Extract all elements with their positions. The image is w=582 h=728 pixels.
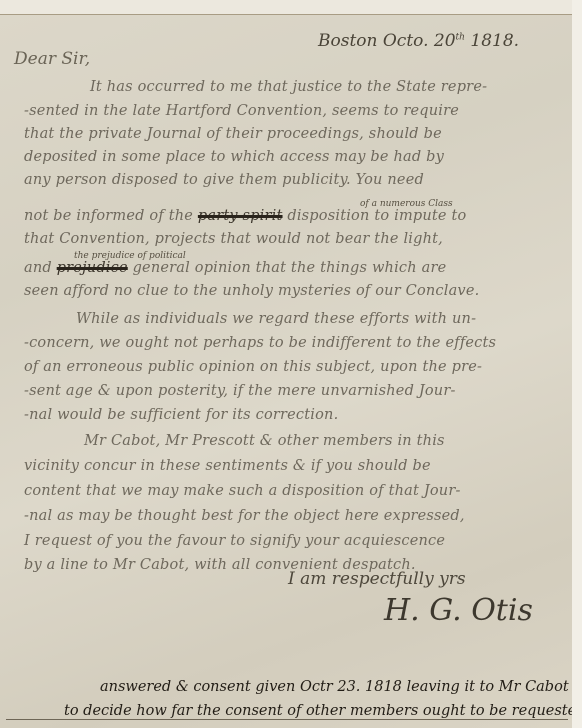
body-line: I request of you the favour to signify y… bbox=[24, 533, 445, 549]
body-line: that Convention, projects that would not… bbox=[24, 231, 443, 247]
signature: H. G. Otis bbox=[384, 593, 533, 628]
struck-text: prejudice bbox=[57, 260, 128, 276]
body-line: -nal would be sufficient for its correct… bbox=[24, 407, 338, 423]
date-year: 1818. bbox=[470, 31, 519, 51]
line-text: disposition to impute to bbox=[287, 208, 466, 224]
page-edge bbox=[572, 0, 582, 728]
body-line: It has occurred to me that justice to th… bbox=[90, 79, 487, 95]
closing: I am respectfully yrs bbox=[288, 569, 466, 589]
date-suffix: th bbox=[456, 32, 465, 42]
body-line: any person disposed to give them publici… bbox=[24, 172, 424, 188]
endorsement-line: to decide how far the consent of other m… bbox=[64, 703, 582, 719]
line-text: not be informed of the bbox=[24, 208, 193, 224]
body-line: Mr Cabot, Mr Prescott & other members in… bbox=[84, 433, 445, 449]
body-line: -sent age & upon posterity, if the mere … bbox=[24, 383, 456, 399]
letter-date: Boston Octo. 20th 1818. bbox=[318, 31, 519, 51]
body-line: -sented in the late Hartford Convention,… bbox=[24, 103, 459, 119]
body-line: -nal as may be thought best for the obje… bbox=[24, 508, 465, 524]
body-line: not be informed of the party spirit disp… bbox=[24, 208, 466, 224]
line-text: general opinion that the things which ar… bbox=[133, 260, 447, 276]
letter-sheet: Boston Octo. 20th 1818. Dear Sir, It has… bbox=[0, 14, 572, 728]
salutation: Dear Sir, bbox=[14, 49, 90, 69]
body-line: -concern, we ought not perhaps to be ind… bbox=[24, 335, 496, 351]
body-line: seen afford no clue to the unholy myster… bbox=[24, 283, 479, 299]
body-line: deposited in some place to which access … bbox=[24, 149, 444, 165]
endorsement-line: answered & consent given Octr 23. 1818 l… bbox=[100, 679, 569, 695]
body-line: of an erroneous public opinion on this s… bbox=[24, 359, 482, 375]
body-line: and prejudice general opinion that the t… bbox=[24, 260, 446, 276]
struck-text: party spirit bbox=[198, 208, 283, 224]
date-place: Boston Octo. bbox=[318, 31, 429, 51]
line-text: and bbox=[24, 260, 52, 276]
body-line: content that we may make such a disposit… bbox=[24, 483, 461, 499]
body-line: While as individuals we regard these eff… bbox=[76, 311, 476, 327]
date-day: 20 bbox=[434, 31, 456, 51]
body-line: vicinity concur in these sentiments & if… bbox=[24, 458, 431, 474]
bottom-rule bbox=[6, 719, 568, 720]
body-line: that the private Journal of their procee… bbox=[24, 126, 442, 142]
